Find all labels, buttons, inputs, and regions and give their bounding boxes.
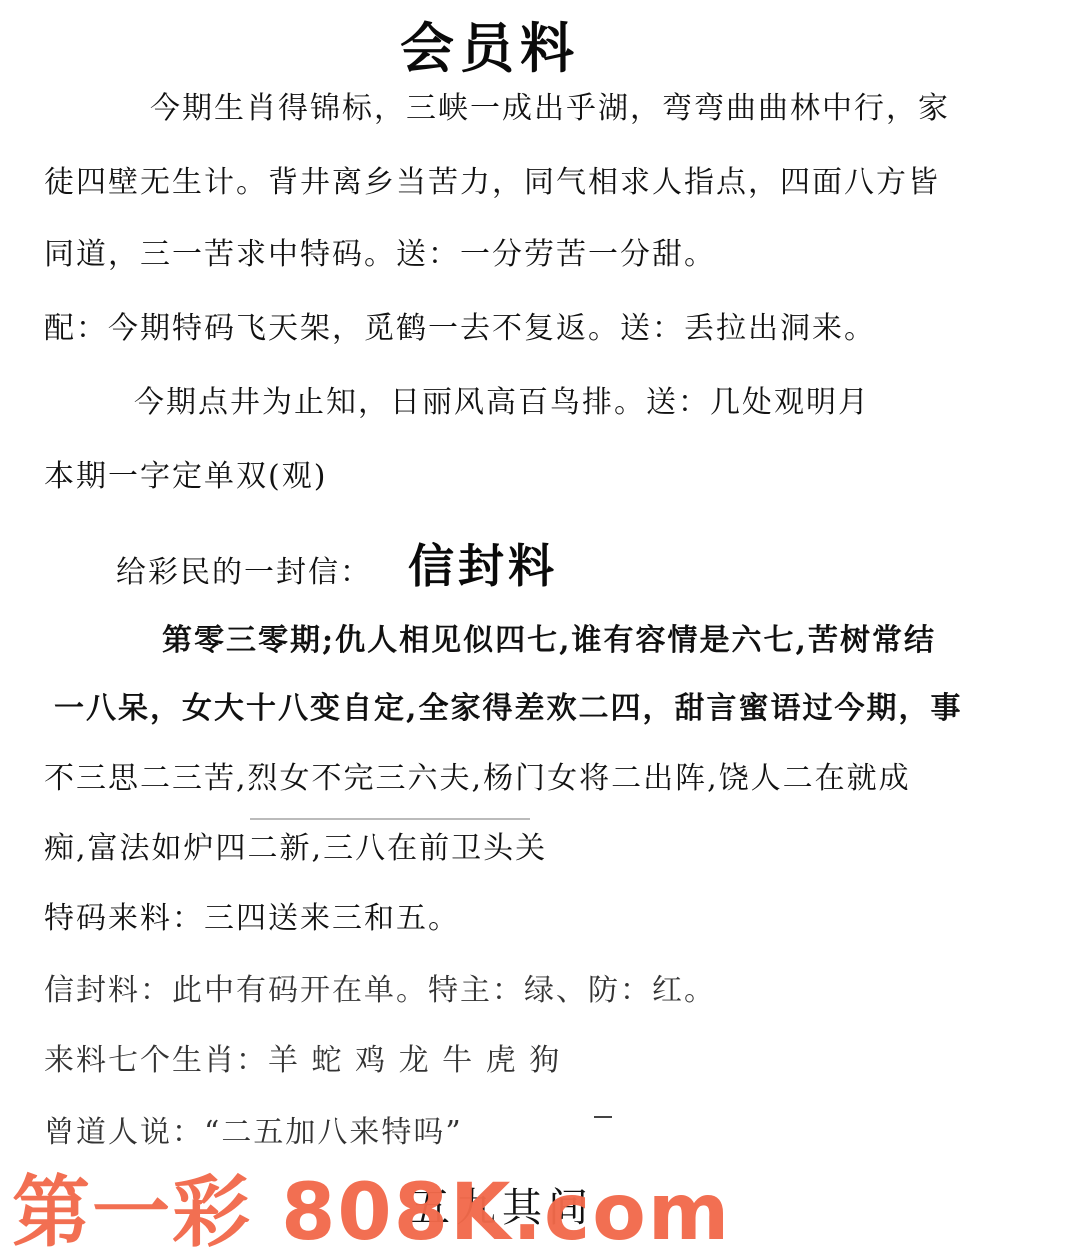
- letter-line-2: 一八呆，女大十八变自定,全家得差欢二四，甜言蜜语过今期，事: [54, 694, 962, 724]
- letter-line-1: 第零三零期;仇人相见似四七,谁有容情是六七,苦树常结: [162, 626, 936, 656]
- member-line-4: 配：今期特码飞天架，觅鹤一去不复返。送：丢拉出洞来。: [44, 314, 876, 344]
- letter-line-6: 信封料：此中有码开在单。特主：绿、防：红。: [44, 976, 716, 1006]
- scan-artifact: [250, 818, 530, 820]
- member-line-3: 同道，三一苦求中特码。送：一分劳苦一分甜。: [44, 240, 716, 270]
- member-line-2: 徒四壁无生计。背井离乡当苦力，同气相求人指点，四面八方皆: [44, 168, 940, 198]
- member-line-1: 今期生肖得锦标，三峡一成出乎湖，弯弯曲曲林中行，家: [150, 94, 950, 124]
- letter-label: 给彩民的一封信：: [116, 558, 372, 588]
- page-title: 会员料: [400, 6, 580, 83]
- letter-title: 信封料: [408, 530, 558, 596]
- letter-line-3: 不三思二三苦,烈女不完三六夫,杨门女将二出阵,饶人二在就成: [44, 764, 911, 794]
- letter-line-4: 痴,富法如炉四二新,三八在前卫头关: [44, 834, 547, 864]
- letter-line-7: 来料七个生肖：羊 蛇 鸡 龙 牛 虎 狗: [44, 1046, 561, 1076]
- letter-line-5: 特码来料：三四送来三和五。: [44, 904, 460, 934]
- member-line-5: 今期点井为止知，日丽风高百鸟排。送：几处观明月: [134, 388, 870, 418]
- member-line-6: 本期一字定单双(观): [44, 462, 327, 492]
- scan-artifact: [594, 1116, 612, 1118]
- watermark: 第一彩 808K.com: [12, 1150, 731, 1256]
- letter-line-8: 曾道人说：“二五加八来特吗”: [44, 1118, 463, 1148]
